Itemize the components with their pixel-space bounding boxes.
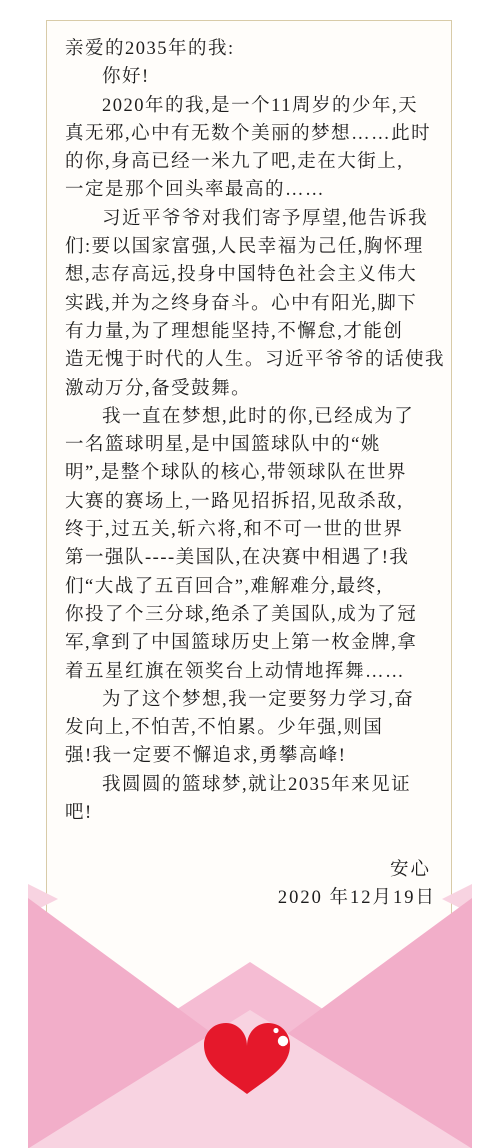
letter-line: 一定是那个回头率最高的……	[65, 176, 436, 204]
letter-line: 们:要以国家富强,人民幸福为己任,胸怀理	[65, 233, 436, 261]
letter-line: 大赛的赛场上,一路见招拆招,见敌杀敌,	[65, 488, 436, 516]
letter-line: 军,拿到了中国篮球历史上第一枚金牌,拿	[65, 629, 436, 657]
letter-line: 我一直在梦想,此时的你,已经成为了	[65, 403, 436, 431]
letter-lines: 亲爱的2035年的我:你好!2020年的我,是一个11周岁的少年,天真无邪,心中…	[65, 35, 436, 827]
letter-line: 吧!	[65, 799, 436, 827]
letter-line: 造无愧于时代的人生。习近平爷爷的话使我	[65, 346, 436, 374]
letter-line: 一名篮球明星,是中国篮球队中的“姚	[65, 431, 436, 459]
letter-line: 强!我一定要不懈追求,勇攀高峰!	[65, 742, 436, 770]
signature-spacer	[65, 827, 436, 855]
letter-line: 终于,过五关,斩六将,和不可一世的世界	[65, 516, 436, 544]
letter-line: 亲爱的2035年的我:	[65, 35, 436, 63]
letter-line: 的你,身高已经一米九了吧,走在大街上,	[65, 148, 436, 176]
letter-line: 真无邪,心中有无数个美丽的梦想……此时	[65, 120, 436, 148]
letter-line: 第一强队----美国队,在决赛中相遇了!我	[65, 544, 436, 572]
letter-line: 习近平爷爷对我们寄予厚望,他告诉我	[65, 205, 436, 233]
letter-line: 有力量,为了理想能坚持,不懈怠,才能创	[65, 318, 436, 346]
envelope-graphic	[28, 884, 472, 1148]
letter-line: 们“大战了五百回合”,难解难分,最终,	[65, 573, 436, 601]
letter-line: 着五星红旗在领奖台上动情地挥舞……	[65, 658, 436, 686]
letter-line: 发向上,不怕苦,不怕累。少年强,则国	[65, 714, 436, 742]
letter-line: 你投了个三分球,绝杀了美国队,成为了冠	[65, 601, 436, 629]
letter-paper: 亲爱的2035年的我:你好!2020年的我,是一个11周岁的少年,天真无邪,心中…	[46, 20, 452, 1012]
letter-line: 为了这个梦想,我一定要努力学习,奋	[65, 686, 436, 714]
heart-highlight-large	[278, 1036, 288, 1046]
letter-line: 明”,是整个球队的核心,带领球队在世界	[65, 459, 436, 487]
letter-page: 亲爱的2035年的我:你好!2020年的我,是一个11周岁的少年,天真无邪,心中…	[0, 0, 500, 1148]
letter-line: 你好!	[65, 63, 436, 91]
letter-line: 我圆圆的篮球梦,就让2035年来见证	[65, 771, 436, 799]
letter-line: 实践,并为之终身奋斗。心中有阳光,脚下	[65, 290, 436, 318]
letter-body: 亲爱的2035年的我:你好!2020年的我,是一个11周岁的少年,天真无邪,心中…	[47, 21, 451, 912]
letter-line: 想,志存高远,投身中国特色社会主义伟大	[65, 261, 436, 289]
letter-line: 2020年的我,是一个11周岁的少年,天	[65, 92, 436, 120]
heart-highlight-small	[273, 1028, 278, 1033]
letter-line: 激动万分,备受鼓舞。	[65, 375, 436, 403]
signature-name: 安心	[65, 856, 436, 884]
